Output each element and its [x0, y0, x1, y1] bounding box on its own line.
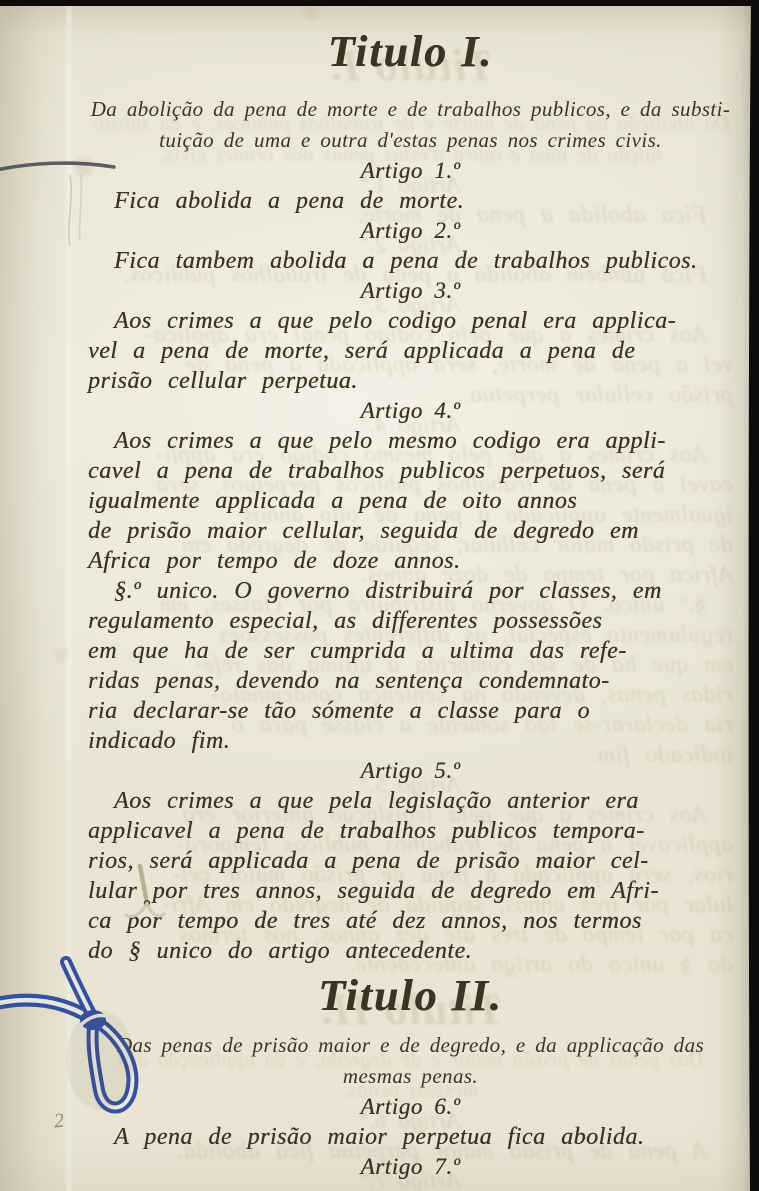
handwritten-line: Artigo 1.º: [88, 156, 733, 186]
handwritten-line: Aos crimes a que pelo codigo penal era a…: [88, 306, 733, 336]
handwritten-line: de prisão maior cellular, seguida de deg…: [88, 516, 733, 546]
handwritten-line: prisão cellular perpetua.: [88, 366, 733, 396]
article-heading: Artigo 2.º: [88, 216, 733, 246]
body-section: Fica abolida a pena de morte.: [88, 186, 733, 216]
handwritten-line: tuição de uma e outra d'estas penas nos …: [88, 125, 733, 156]
body-section: A pena de prisão maior perpetua fica abo…: [88, 1122, 733, 1152]
handwritten-line: Artigo 6.º: [88, 1092, 733, 1122]
handwritten-line: mesmas penas.: [88, 1061, 733, 1092]
handwritten-line: rios, será applicada a pena de prisão ma…: [88, 846, 733, 876]
handwritten-line: Aos crimes a que pela legislação anterio…: [88, 786, 733, 816]
handwritten-line: cavel a pena de trabalhos publicos perpe…: [88, 456, 733, 486]
article-heading: Artigo 3.º: [88, 276, 733, 306]
handwritten-line: em que ha de ser cumprida a ultima das r…: [88, 636, 733, 666]
article-heading: Artigo 1.º: [88, 156, 733, 186]
article-heading: Artigo 5.º: [88, 756, 733, 786]
handwritten-line: ridas penas, devendo na sentença condemn…: [88, 666, 733, 696]
scanned-manuscript-page: { "meta": { "page_number_pencil": "2" },…: [0, 0, 759, 1191]
article-heading: Artigo 6.º: [88, 1092, 733, 1122]
title-section: Titulo II.: [88, 968, 733, 1024]
body-section: Aos crimes a que pelo mesmo codigo era a…: [88, 426, 733, 576]
article-heading: Artigo 7.º: [88, 1152, 733, 1182]
handwritten-line: Artigo 3.º: [88, 276, 733, 306]
handwritten-line: Artigo 2.º: [88, 216, 733, 246]
handwritten-line: regulamento especial, as differentes pos…: [88, 606, 733, 636]
handwritten-line: Titulo II.: [88, 968, 733, 1024]
handwritten-line: Artigo 4.º: [88, 396, 733, 426]
handwritten-line: Da abolição da pena de morte e de trabal…: [88, 94, 733, 125]
handwritten-line: §.º unico. O governo distribuirá por cla…: [88, 576, 733, 606]
handwritten-line: igualmente applicada a pena de oito anno…: [88, 486, 733, 516]
manuscript-text: Titulo I.Da abolição da pena de morte e …: [88, 20, 733, 1182]
body-section: Aos crimes a que pela legislação anterio…: [88, 786, 733, 966]
body-section: Fica tambem abolida a pena de trabalhos …: [88, 246, 733, 276]
handwritten-line: ria declarar-se tão sómente a classe par…: [88, 696, 733, 726]
handwritten-line: do § unico do artigo antecedente.: [88, 936, 733, 966]
handwritten-line: A pena de prisão maior perpetua fica abo…: [88, 1122, 733, 1152]
handwritten-line: Fica abolida a pena de morte.: [88, 186, 733, 216]
subtitle-section: Das penas de prisão maior e de degredo, …: [88, 1030, 733, 1092]
title-section: Titulo I.: [88, 24, 733, 80]
handwritten-line: lular por tres annos, seguida de degredo…: [88, 876, 733, 906]
handwritten-line: ca por tempo de tres até dez annos, nos …: [88, 906, 733, 936]
handwritten-line: applicavel a pena de trabalhos publicos …: [88, 816, 733, 846]
handwritten-line: Africa por tempo de doze annos.: [88, 546, 733, 576]
binding-crease: [64, 0, 74, 1191]
handwritten-line: Titulo I.: [88, 24, 733, 80]
handwritten-line: Artigo 7.º: [88, 1152, 733, 1182]
body-section: §.º unico. O governo distribuirá por cla…: [88, 576, 733, 756]
article-heading: Artigo 4.º: [88, 396, 733, 426]
handwritten-line: indicado fim.: [88, 726, 733, 756]
subtitle-section: Da abolição da pena de morte e de trabal…: [88, 94, 733, 156]
handwritten-line: Aos crimes a que pelo mesmo codigo era a…: [88, 426, 733, 456]
handwritten-line: Artigo 5.º: [88, 756, 733, 786]
handwritten-line: Das penas de prisão maior e de degredo, …: [88, 1030, 733, 1061]
handwritten-line: vel a pena de morte, será applicada a pe…: [88, 336, 733, 366]
body-section: Aos crimes a que pelo codigo penal era a…: [88, 306, 733, 396]
handwritten-line: Fica tambem abolida a pena de trabalhos …: [88, 246, 733, 276]
